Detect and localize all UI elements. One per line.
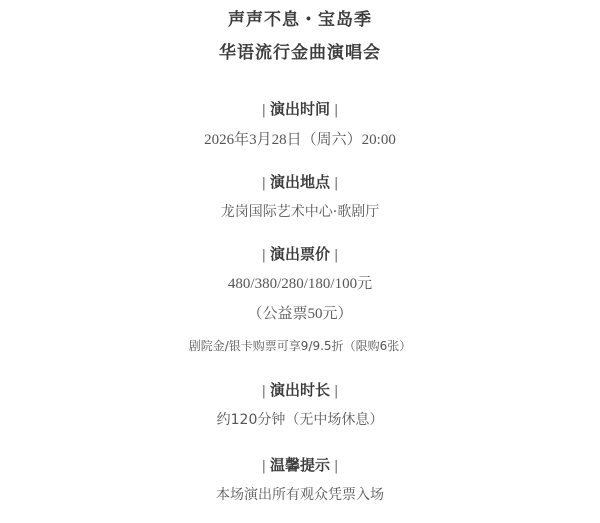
section-heading-label: 演出票价 bbox=[270, 245, 330, 263]
section-heading-label: 温馨提示 bbox=[270, 456, 330, 474]
event-title-line1: 声声不息・宝岛季 bbox=[0, 11, 600, 29]
admission-note: 本场演出所有观众凭票入场 bbox=[0, 486, 600, 504]
section-heading-venue: |演出地点| bbox=[0, 173, 600, 193]
separator-left: | bbox=[262, 103, 266, 118]
separator-left: | bbox=[262, 248, 266, 263]
charity-ticket-price: （公益票50元） bbox=[0, 305, 600, 323]
separator-right: | bbox=[334, 248, 338, 263]
section-heading-label: 演出时长 bbox=[270, 381, 330, 399]
separator-left: | bbox=[262, 384, 266, 399]
section-heading-tips: |温馨提示| bbox=[0, 456, 600, 476]
separator-left: | bbox=[262, 459, 266, 474]
separator-right: | bbox=[334, 103, 338, 118]
section-heading-price: |演出票价| bbox=[0, 245, 600, 265]
section-heading-duration: |演出时长| bbox=[0, 381, 600, 401]
separator-right: | bbox=[334, 459, 338, 474]
section-heading-label: 演出地点 bbox=[270, 173, 330, 191]
event-duration: 约120分钟（无中场休息） bbox=[0, 411, 600, 429]
event-venue: 龙岗国际艺术中心·歌剧厅 bbox=[0, 203, 600, 221]
separator-left: | bbox=[262, 176, 266, 191]
event-datetime: 2026年3月28日（周六）20:00 bbox=[0, 131, 600, 149]
event-title-line2: 华语流行金曲演唱会 bbox=[0, 44, 600, 62]
member-discount-note: 剧院金/银卡购票可享9/9.5折（限购6张） bbox=[0, 337, 600, 355]
separator-right: | bbox=[334, 176, 338, 191]
section-heading-label: 演出时间 bbox=[270, 100, 330, 118]
section-heading-time: |演出时间| bbox=[0, 100, 600, 120]
ticket-prices: 480/380/280/180/100元 bbox=[0, 275, 600, 293]
separator-right: | bbox=[334, 384, 338, 399]
